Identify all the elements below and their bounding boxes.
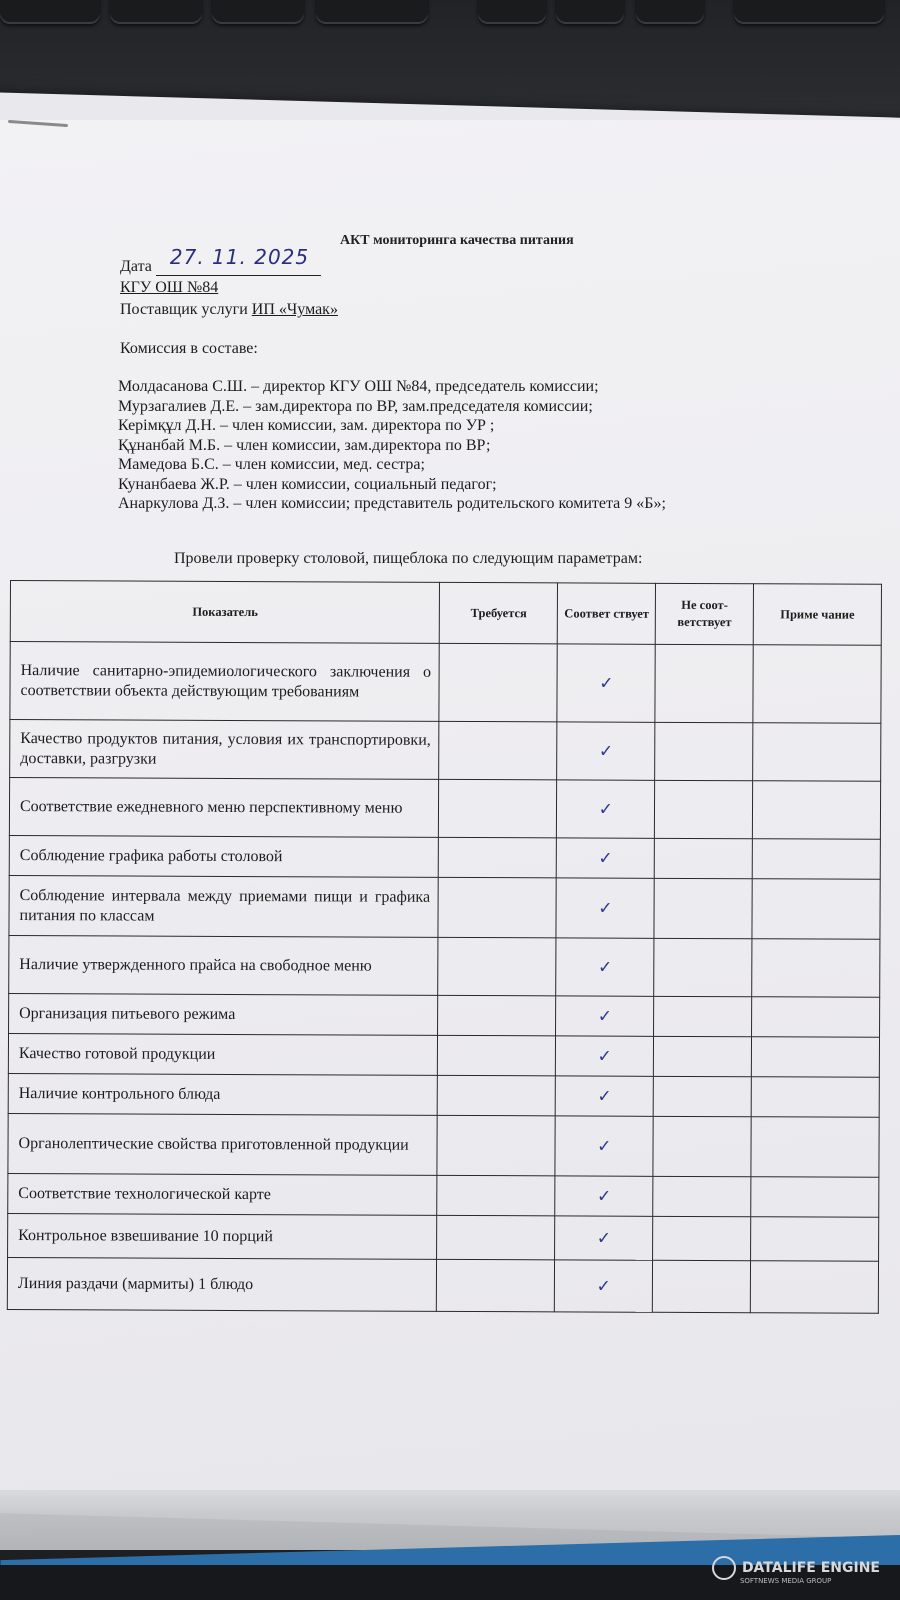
not-complies-cell xyxy=(654,996,752,1036)
parameter-cell: Соответствие технологической карте xyxy=(8,1173,438,1215)
check-mark-icon: ✓ xyxy=(599,673,613,693)
check-mark-icon: ✓ xyxy=(597,1228,611,1248)
check-mark-icon: ✓ xyxy=(599,799,613,819)
watermark-subtitle: SOFTNEWS MEDIA GROUP xyxy=(740,1577,880,1585)
check-mark-icon: ✓ xyxy=(597,1136,611,1156)
table-row: Качество готовой продукции✓ xyxy=(8,1033,879,1077)
keyboard-key xyxy=(110,0,202,24)
not-complies-cell xyxy=(653,1216,751,1260)
note-cell xyxy=(751,1117,879,1178)
parameter-cell: Соблюдение интервала между приемами пищи… xyxy=(9,875,439,937)
parameter-cell: Органолептические свойства приготовленно… xyxy=(8,1113,438,1175)
date-label: Дата xyxy=(120,258,152,275)
note-cell xyxy=(751,1077,879,1118)
note-cell xyxy=(750,1261,878,1314)
check-mark-icon: ✓ xyxy=(597,1186,611,1206)
check-mark-icon: ✓ xyxy=(598,957,612,977)
watermark: DATALIFE ENGINE SOFTNEWS MEDIA GROUP xyxy=(712,1556,880,1585)
complies-cell: ✓ xyxy=(556,996,654,1036)
check-mark-icon: ✓ xyxy=(597,1276,611,1296)
parameter-cell: Контрольное взвешивание 10 порций xyxy=(8,1213,438,1259)
required-cell xyxy=(439,643,557,722)
supplier-value: ИП «Чумак» xyxy=(252,301,338,318)
table-row: Контрольное взвешивание 10 порций✓ xyxy=(8,1213,879,1261)
check-mark-icon: ✓ xyxy=(597,1086,611,1106)
not-complies-cell xyxy=(654,878,752,938)
check-mark-icon: ✓ xyxy=(598,848,612,868)
complies-cell: ✓ xyxy=(556,938,654,996)
complies-cell: ✓ xyxy=(555,1116,653,1176)
school-name: КГУ ОШ №84 xyxy=(120,279,218,297)
member-item: Анаркулова Д.З. – член комиссии; предста… xyxy=(118,494,666,514)
note-cell xyxy=(753,781,881,840)
document-title: АКТ мониторинга качества питания xyxy=(340,233,574,249)
required-cell xyxy=(437,1259,555,1312)
member-item: Мурзагалиев Д.Е. – зам.директора по ВР, … xyxy=(118,397,666,417)
inspection-table: Показатель Требуется Соответ ствует Не с… xyxy=(7,580,882,1314)
watermark-name: DATALIFE ENGINE xyxy=(742,1560,880,1576)
required-cell xyxy=(438,937,556,996)
supplier-label: Поставщик услуги xyxy=(120,301,248,318)
not-complies-cell xyxy=(653,1176,751,1216)
parameter-cell: Соблюдение графика работы столовой xyxy=(9,835,439,877)
table-row: Органолептические свойства приготовленно… xyxy=(8,1113,879,1177)
complies-cell: ✓ xyxy=(555,1260,653,1312)
not-complies-cell xyxy=(654,838,752,878)
required-cell xyxy=(438,877,556,938)
not-complies-cell xyxy=(655,780,753,838)
check-mark-icon: ✓ xyxy=(599,741,613,761)
header-not-complies: Не соот- ветствует xyxy=(655,583,753,644)
complies-cell: ✓ xyxy=(555,1176,653,1216)
table-row: Организация питьевого режима✓ xyxy=(9,993,880,1037)
required-cell xyxy=(438,1075,556,1116)
parameter-cell: Наличие контрольного блюда xyxy=(8,1073,438,1115)
not-complies-cell xyxy=(654,1036,752,1076)
keyboard-key xyxy=(556,0,624,24)
complies-cell: ✓ xyxy=(557,644,655,722)
note-cell xyxy=(751,1177,879,1218)
note-cell xyxy=(752,997,880,1038)
date-field: 27. 11. 2025 xyxy=(156,257,321,276)
member-item: Мамедова Б.С. – член комиссии, мед. сест… xyxy=(118,455,666,475)
table-row: Соответствие технологической карте✓ xyxy=(8,1173,879,1217)
not-complies-cell xyxy=(653,1116,751,1176)
watermark-logo-icon xyxy=(712,1556,736,1580)
note-cell xyxy=(753,723,881,782)
complies-cell: ✓ xyxy=(556,878,654,938)
keyboard-key xyxy=(212,0,304,24)
note-cell xyxy=(752,839,880,880)
complies-cell: ✓ xyxy=(557,722,655,780)
not-complies-cell xyxy=(653,1076,751,1116)
date-line: Дата27. 11. 2025 xyxy=(120,257,321,276)
parameter-cell: Наличие утвержденного прайса на свободно… xyxy=(9,935,439,995)
note-cell xyxy=(752,879,880,940)
keyboard-key-ins: Ins xyxy=(734,0,884,24)
header-complies: Соответ ствует xyxy=(558,583,656,644)
commission-label: Комиссия в составе: xyxy=(120,340,258,358)
note-cell xyxy=(753,645,881,724)
header-required: Требуется xyxy=(440,582,558,644)
keyboard-key xyxy=(478,0,546,24)
keyboard-key xyxy=(0,0,100,24)
note-cell xyxy=(751,1217,879,1262)
date-value: 27. 11. 2025 xyxy=(170,245,309,269)
keyboard-key xyxy=(636,0,704,24)
table-row: Наличие контрольного блюда✓ xyxy=(8,1073,879,1117)
check-mark-icon: ✓ xyxy=(598,898,612,918)
table-row: Качество продуктов питания, условия их т… xyxy=(10,720,881,782)
parameter-cell: Соответствие ежедневного меню перспектив… xyxy=(9,778,439,838)
parameter-cell: Качество продуктов питания, условия их т… xyxy=(10,720,440,780)
check-mark-icon: ✓ xyxy=(598,1006,612,1026)
complies-cell: ✓ xyxy=(557,780,655,838)
keyboard-key xyxy=(316,0,428,24)
required-cell xyxy=(439,721,557,780)
table-row: Наличие санитарно-эпидемиологического за… xyxy=(10,642,881,724)
supplier-line: Поставщик услуги ИП «Чумак» xyxy=(120,301,338,319)
table-row: Наличие утвержденного прайса на свободно… xyxy=(9,935,880,997)
member-item: Молдасанова С.Ш. – директор КГУ ОШ №84, … xyxy=(118,377,666,397)
required-cell xyxy=(439,779,557,838)
member-item: Құнанбай М.Б. – член комиссии, зам.дирек… xyxy=(118,436,666,456)
table-row: Линия раздачи (мармиты) 1 блюдо✓ xyxy=(7,1257,878,1313)
required-cell xyxy=(437,1175,555,1216)
required-cell xyxy=(437,1215,555,1260)
required-cell xyxy=(437,1115,555,1176)
table-header-row: Показатель Требуется Соответ ствует Не с… xyxy=(10,581,881,646)
parameter-cell: Линия раздачи (мармиты) 1 блюдо xyxy=(7,1257,437,1311)
check-mark-icon: ✓ xyxy=(598,1046,612,1066)
not-complies-cell xyxy=(654,938,752,996)
table-row: Соблюдение графика работы столовой✓ xyxy=(9,835,880,879)
commission-members: Молдасанова С.Ш. – директор КГУ ОШ №84, … xyxy=(118,377,666,514)
header-parameter: Показатель xyxy=(10,581,440,644)
note-cell xyxy=(751,1037,879,1078)
inspection-intro: Провели проверку столовой, пищеблока по … xyxy=(174,550,642,568)
complies-cell: ✓ xyxy=(555,1216,653,1260)
parameter-cell: Наличие санитарно-эпидемиологического за… xyxy=(10,642,440,722)
parameter-cell: Организация питьевого режима xyxy=(9,993,439,1035)
table-row: Соответствие ежедневного меню перспектив… xyxy=(9,778,880,840)
required-cell xyxy=(439,837,557,878)
not-complies-cell xyxy=(653,1260,751,1312)
member-item: Кунанбаева Ж.Р. – член комиссии, социаль… xyxy=(118,475,666,495)
member-item: Керімқұл Д.Н. – член комиссии, зам. дире… xyxy=(118,416,666,436)
table-row: Соблюдение интервала между приемами пищи… xyxy=(9,875,880,939)
complies-cell: ✓ xyxy=(556,1036,654,1076)
parameter-cell: Качество готовой продукции xyxy=(8,1033,438,1075)
not-complies-cell xyxy=(655,722,753,780)
header-note: Приме чание xyxy=(753,584,881,646)
required-cell xyxy=(438,1035,556,1076)
required-cell xyxy=(438,995,556,1036)
complies-cell: ✓ xyxy=(557,838,655,878)
not-complies-cell xyxy=(655,644,753,722)
complies-cell: ✓ xyxy=(556,1076,654,1116)
note-cell xyxy=(752,939,880,998)
